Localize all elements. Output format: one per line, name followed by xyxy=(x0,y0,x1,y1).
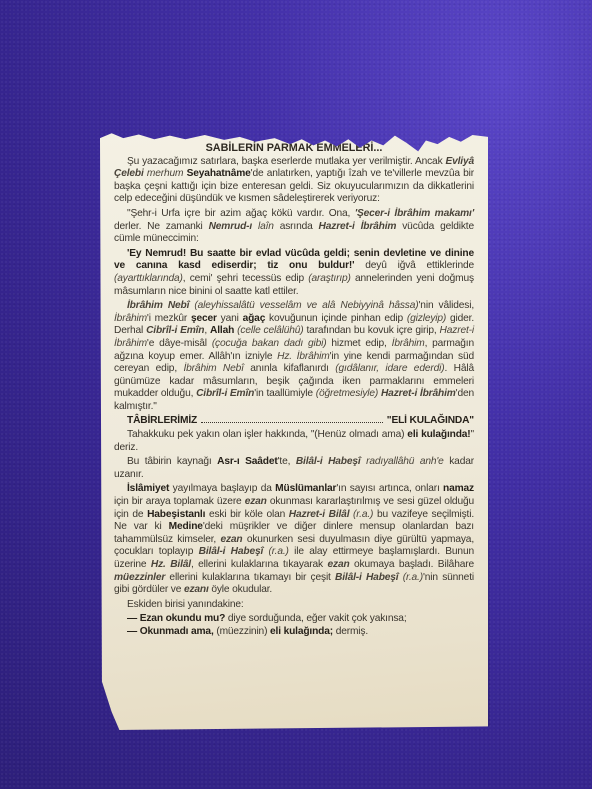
dialog-block: — Ezan okundu mu? diye sorduğunda, eğer … xyxy=(114,613,474,638)
quote-paragraph-1: "Şehr-i Urfa içre bir azim ağaç kökü var… xyxy=(114,208,474,246)
subheading-left: TÂBİRLERİMİZ xyxy=(127,415,197,428)
quote-paragraph-3: İbrâhim Nebî (aleyhissalâtü vesselâm ve … xyxy=(114,300,474,413)
body-paragraph-3: İslâmiyet yayılmaya başlayıp da Müslüman… xyxy=(114,483,474,596)
section-subheading: TÂBİRLERİMİZ "ELİ KULAĞINDA" xyxy=(114,415,474,428)
dialog-line-2: — Okunmadı ama, (müezzinin) eli kulağınd… xyxy=(127,626,474,639)
intro-paragraph: Şu yazacağımız satırlara, başka eserlerd… xyxy=(114,156,474,206)
subheading-right: "ELİ KULAĞINDA" xyxy=(387,415,474,428)
newspaper-clipping: SABİLERİN PARMAK EMMELERİ... Şu yazacağı… xyxy=(100,126,488,730)
body-paragraph-1: Tahakkuku pek yakın olan işler hakkında,… xyxy=(114,429,474,454)
dialog-line-1: — Ezan okundu mu? diye sorduğunda, eğer … xyxy=(127,613,474,626)
body-paragraph-2: Bu tâbirin kaynağı Asr-ı Saâdet'te, Bilâ… xyxy=(114,456,474,481)
quote-paragraph-2: 'Ey Nemrud! Bu saatte bir evlad vücûda g… xyxy=(114,248,474,298)
clipping-text: SABİLERİN PARMAK EMMELERİ... Şu yazacağı… xyxy=(114,142,474,639)
body-paragraph-4: Eskiden birisi yanındakine: xyxy=(114,599,474,612)
dotted-leader xyxy=(201,422,383,423)
